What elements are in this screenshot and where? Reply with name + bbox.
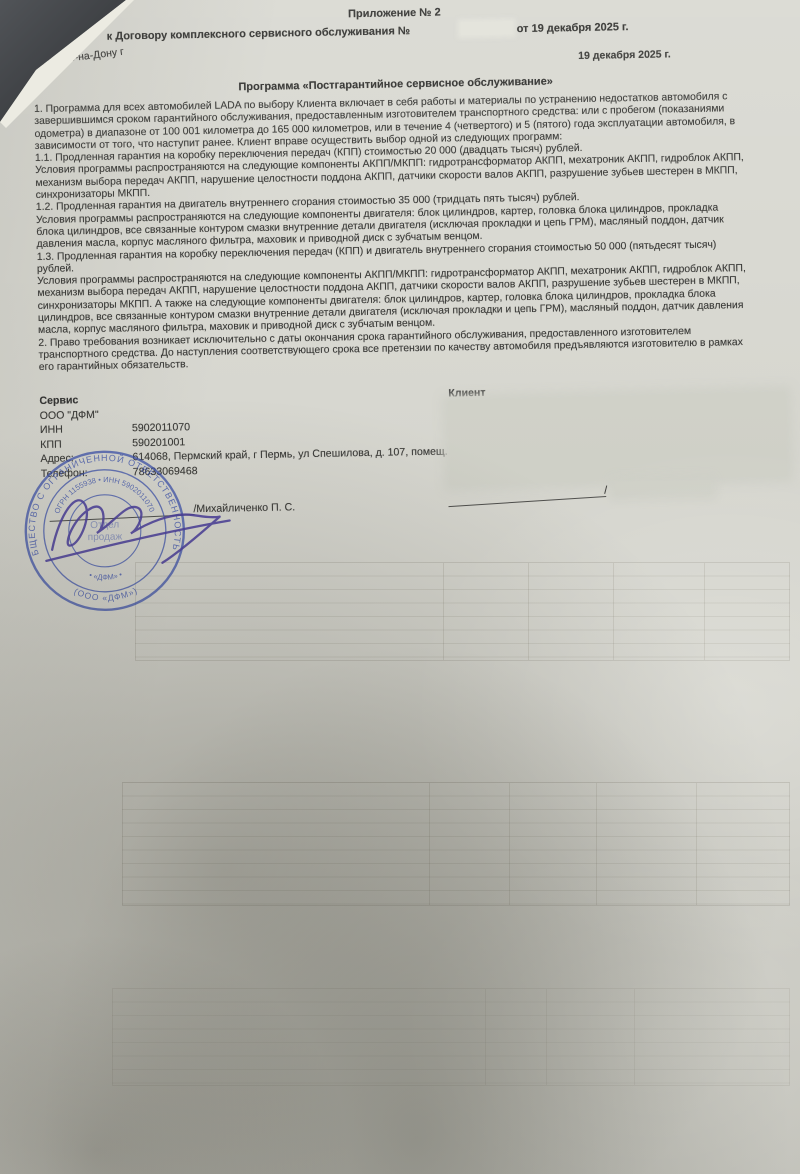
client-signature-line	[448, 496, 606, 507]
redacted-contract-number	[461, 21, 513, 35]
inn-label: ИНН	[40, 422, 132, 436]
inn-value: 5902011070	[132, 421, 190, 434]
contract-date: от 19 декабря 2025 г.	[517, 21, 629, 35]
client-heading: Клиент	[448, 387, 485, 400]
client-signature-slash: /	[604, 485, 607, 497]
redacted-client-info	[448, 392, 787, 485]
contract-line: к Договору комплексного сервисного обслу…	[107, 25, 411, 43]
photo-canvas: Приложение № 2 к Договору комплексного с…	[0, 0, 800, 1174]
redacted-client-name	[615, 480, 711, 496]
document-page: Приложение № 2 к Договору комплексного с…	[0, 0, 800, 1174]
body-text: 1. Программа для всех автомобилей LADA п…	[34, 91, 751, 375]
document-content: Приложение № 2 к Договору комплексного с…	[0, 0, 800, 1174]
document-date: 19 декабря 2025 г.	[578, 48, 671, 62]
handwritten-signature	[33, 458, 255, 582]
